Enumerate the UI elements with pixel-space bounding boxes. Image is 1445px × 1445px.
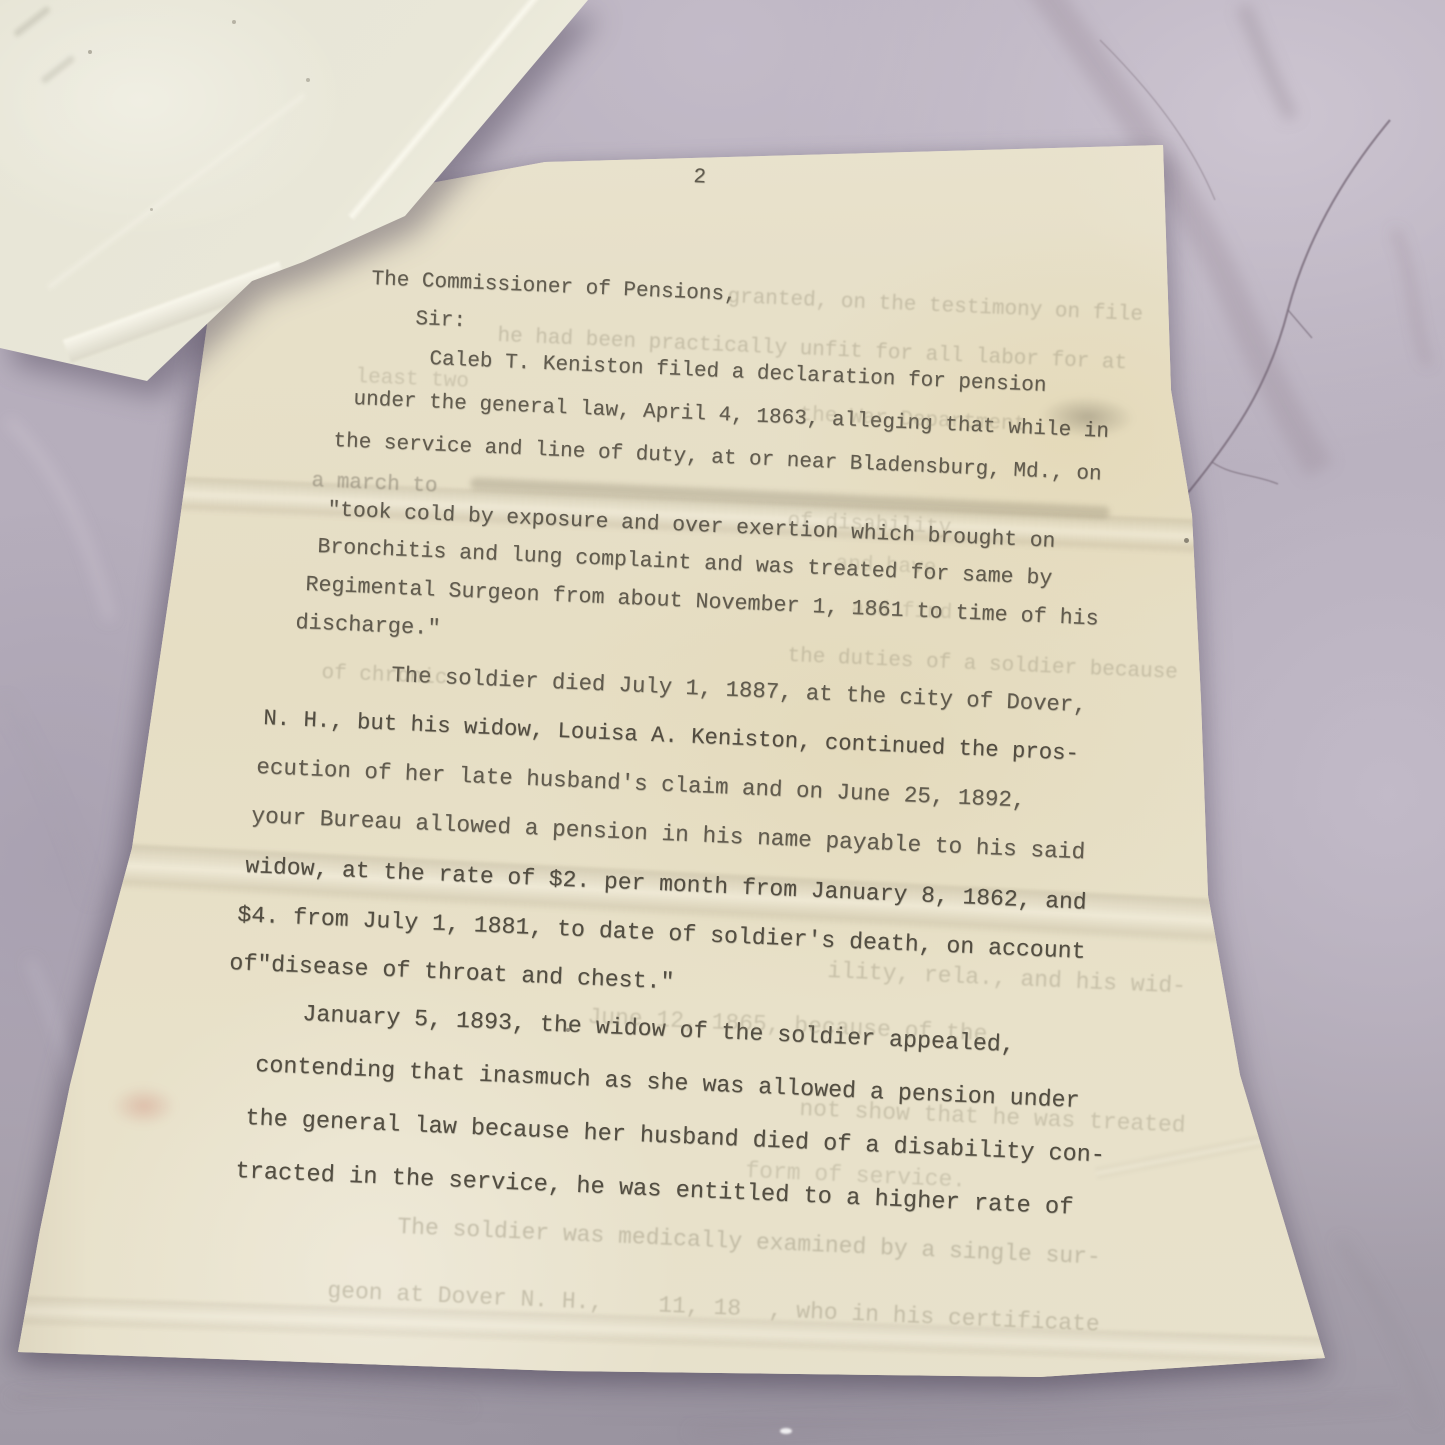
paper-speck <box>88 50 92 54</box>
faint-type-smudge <box>40 54 76 84</box>
ghost-line-09: of chronic <box>321 662 448 690</box>
paper-speck <box>306 78 310 82</box>
ghost-line-08: the duties of a soldier because <box>787 645 1178 685</box>
red-stain <box>112 1086 176 1126</box>
paper-speck <box>232 20 236 24</box>
ghost-line-15: geon at Dover N. H., 11, 18 , who in his… <box>327 1278 1100 1338</box>
fold-ridge-highlight <box>347 0 554 221</box>
ghost-line-07: and find <box>851 598 953 625</box>
typed-line-14: your Bureau allowed a pension in his nam… <box>251 803 1086 865</box>
curled-edge-highlight <box>63 261 287 362</box>
fold-crease-corner <box>1095 1132 1284 1180</box>
typed-line-17: of"disease of throat and chest." <box>229 950 675 995</box>
ghost-line-14: The soldier was medically examined by a … <box>397 1214 1101 1271</box>
ghost-line-01: granted, on the testimony on file <box>727 286 1143 327</box>
folded-document <box>0 0 700 500</box>
ghost-line-06: and have <box>835 553 937 580</box>
ghost-line-10: ility, rela., and his wid- <box>827 958 1187 1000</box>
photo-scene: 2 The Commissioner of Pensions, Sir: Cal… <box>0 0 1445 1445</box>
typed-line-15: widow, at the rate of $2. per month from… <box>245 853 1087 916</box>
fold-ridge-highlight <box>46 92 306 291</box>
typed-line-10: discharge." <box>295 610 441 641</box>
typed-line-12: N. H., but his widow, Louisa A. Keniston… <box>263 705 1080 767</box>
faint-type-smudge <box>13 5 52 38</box>
typed-line-13: ecution of her late husband's claim and … <box>256 754 1026 814</box>
paper-speck <box>1184 538 1189 543</box>
folded-document-wrap <box>0 0 700 500</box>
paper-speck <box>150 208 153 211</box>
